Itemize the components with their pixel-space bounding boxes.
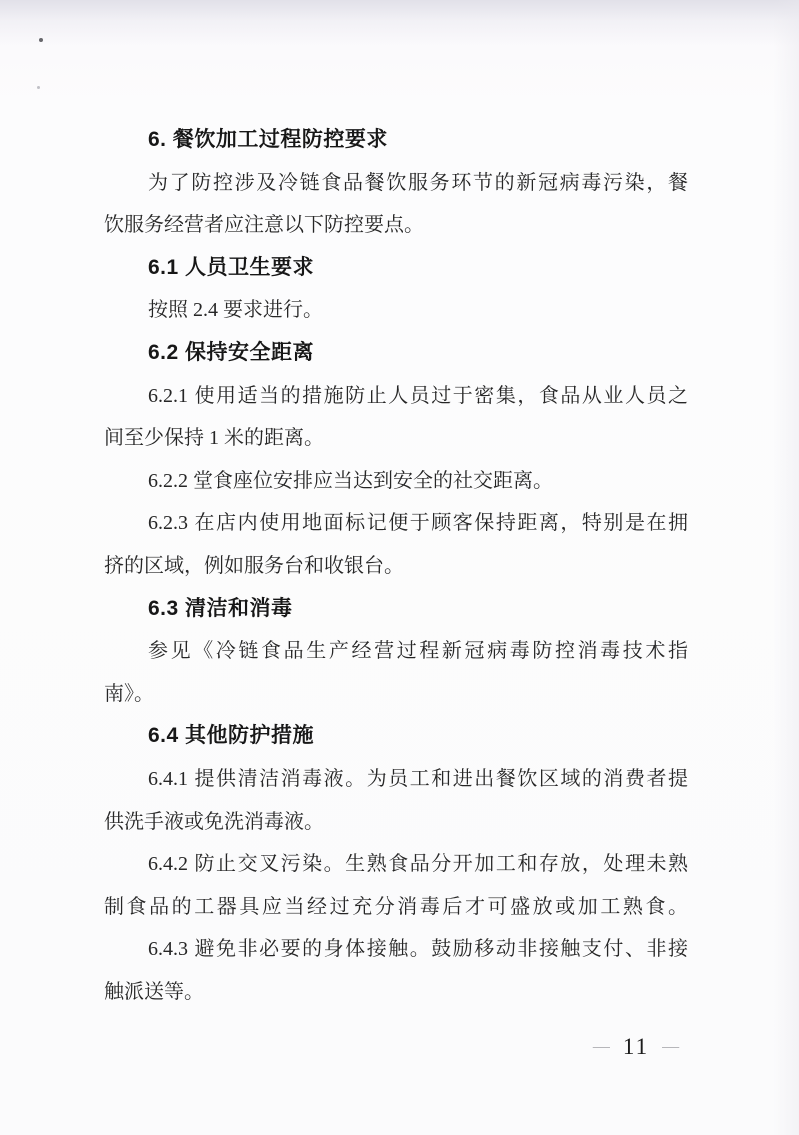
body-text-line: 饮服务经营者应注意以下防控要点。 <box>104 204 688 247</box>
document-text: 6. 餐饮加工过程防控要求为了防控涉及冷链食品餐饮服务环节的新冠病毒污染，餐饮服… <box>104 119 688 1013</box>
body-text-line: 参见《冷链食品生产经营过程新冠病毒防控消毒技术指 <box>104 630 688 673</box>
body-text-line: 6.2.3 在店内使用地面标记便于顾客保持距离，特别是在拥 <box>104 502 688 545</box>
page-number-dash-left: — <box>593 1040 610 1053</box>
section-heading: 6.4 其他防护措施 <box>104 715 688 758</box>
page-footer: — 11 — <box>551 1026 721 1066</box>
page-number: 11 <box>623 1035 649 1058</box>
scanned-document-page: 6. 餐饮加工过程防控要求为了防控涉及冷链食品餐饮服务环节的新冠病毒污染，餐饮服… <box>0 0 799 1135</box>
body-text-line: 6.4.1 提供清洁消毒液。为员工和进出餐饮区域的消费者提 <box>104 758 688 801</box>
section-heading: 6.3 清洁和消毒 <box>104 588 688 631</box>
scan-speck <box>37 86 40 89</box>
body-text-line: 6.4.3 避免非必要的身体接触。鼓励移动非接触支付、非接 <box>104 928 688 971</box>
body-text-line: 按照 2.4 要求进行。 <box>104 289 688 332</box>
section-heading: 6.2 保持安全距离 <box>104 332 688 375</box>
page-number-dash-right: — <box>662 1040 679 1053</box>
body-text-line: 触派送等。 <box>104 971 688 1014</box>
body-text-line: 6.4.2 防止交叉污染。生熟食品分开加工和存放，处理未熟 <box>104 843 688 886</box>
body-text-line: 6.2.2 堂食座位安排应当达到安全的社交距离。 <box>104 460 688 503</box>
body-text-line: 南》。 <box>104 673 688 716</box>
body-text-line: 为了防控涉及冷链食品餐饮服务环节的新冠病毒污染，餐 <box>104 162 688 205</box>
section-heading: 6.1 人员卫生要求 <box>104 247 688 290</box>
body-text-line: 挤的区域，例如服务台和收银台。 <box>104 545 688 588</box>
scan-top-shade <box>0 0 799 46</box>
body-text-line: 制食品的工器具应当经过充分消毒后才可盛放或加工熟食。 <box>104 886 688 929</box>
body-text-line: 6.2.1 使用适当的措施防止人员过于密集，食品从业人员之 <box>104 375 688 418</box>
scan-right-shade <box>773 0 799 1135</box>
section-heading: 6. 餐饮加工过程防控要求 <box>104 119 688 162</box>
scan-speck <box>39 38 43 42</box>
body-text-line: 供洗手液或免洗消毒液。 <box>104 801 688 844</box>
body-text-line: 间至少保持 1 米的距离。 <box>104 417 688 460</box>
